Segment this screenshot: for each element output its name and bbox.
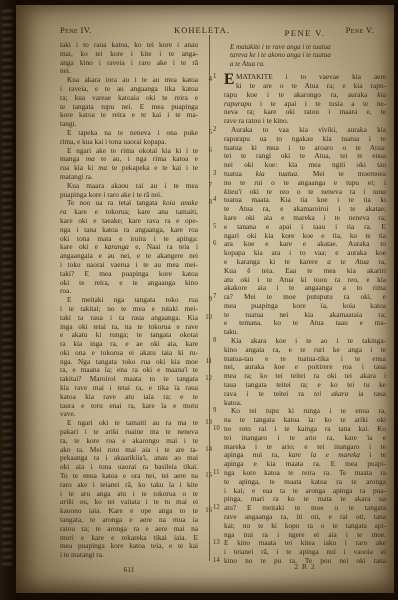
chapter-summary-line: a te Atua ra. xyxy=(230,60,386,68)
verse-number: 6 xyxy=(213,240,216,249)
verse-number: 14 xyxy=(213,557,220,566)
scanned-book-photo: { "page": { "header": { "left": "Pene IV… xyxy=(0,0,398,600)
verse-number: 7 xyxy=(209,182,212,191)
chapter-summary: E matakite i te rave anga i te tuatuatar… xyxy=(224,43,386,68)
verse-number: 5 xyxy=(209,129,212,138)
verse-number: 8 xyxy=(213,337,216,346)
verse-number: 2 xyxy=(213,126,216,135)
text-line: e temana, ko te Atua taau e ma- xyxy=(224,319,386,328)
verse-number: 10 xyxy=(205,314,212,323)
previous-page-text-blur xyxy=(2,10,12,570)
text-line: anga kino i raveia i raro ake i te rā xyxy=(60,59,198,68)
verse-number: 7 xyxy=(213,293,216,302)
verse-number: 9 xyxy=(209,296,212,305)
verse-number: 11 xyxy=(213,469,220,478)
verse-number: 12 xyxy=(213,504,220,513)
verse-number: 3 xyxy=(213,170,216,179)
verse-number: 10 xyxy=(213,425,220,434)
chapter-summary-line: tareva ke i te akono anga i te tuatua xyxy=(230,51,386,59)
verse-number: 8 xyxy=(209,199,212,208)
verse-number: 5 xyxy=(213,223,216,232)
text-line: oki te reira, e te angaanga kino xyxy=(60,279,198,288)
verse-number: 13 xyxy=(213,539,220,548)
verse-number: 4 xyxy=(209,76,212,85)
verse-number: 13 xyxy=(205,419,212,428)
verse-number: 16 xyxy=(205,507,212,516)
page-number: 611 xyxy=(60,565,198,574)
right-text-column: PENE V. E matakite i te rave anga i te t… xyxy=(224,29,386,566)
text-line: kore katoa te reira e te kai i te ma- xyxy=(60,111,198,120)
printer-signature: 2 R 2 xyxy=(224,562,386,571)
verse-number: 11 xyxy=(205,358,212,367)
verse-number: 1 xyxy=(213,73,216,82)
verse-number: 4 xyxy=(213,196,216,205)
verse-number: 15 xyxy=(205,472,212,481)
header-left-chapter: Pene IV. xyxy=(60,25,92,35)
text-line: taura e toru enai ra, kare ïa e motu xyxy=(60,402,198,411)
chapter-heading: PENE V. xyxy=(224,29,386,40)
verse-number: 14 xyxy=(205,446,212,455)
verse-number: 6 xyxy=(209,147,212,156)
verse-number: 12 xyxy=(205,375,212,384)
text-line: i te matangi ra. xyxy=(60,551,198,560)
book-page: Pene IV. KOHELETA. Pene V. taki i to rau… xyxy=(16,5,394,593)
text-line: rava i te teitei ra tei akara ia raua xyxy=(224,390,386,399)
left-text-column: taki i to raua katoa, ko tei kore i anau… xyxy=(60,41,198,560)
verse-number: 9 xyxy=(213,407,216,416)
right-column-verses: EMATAKITE i to vaevae kia aere1ki te are… xyxy=(224,73,386,566)
chapter-summary-line: E matakite i te rave anga i te tuatua xyxy=(230,43,386,51)
